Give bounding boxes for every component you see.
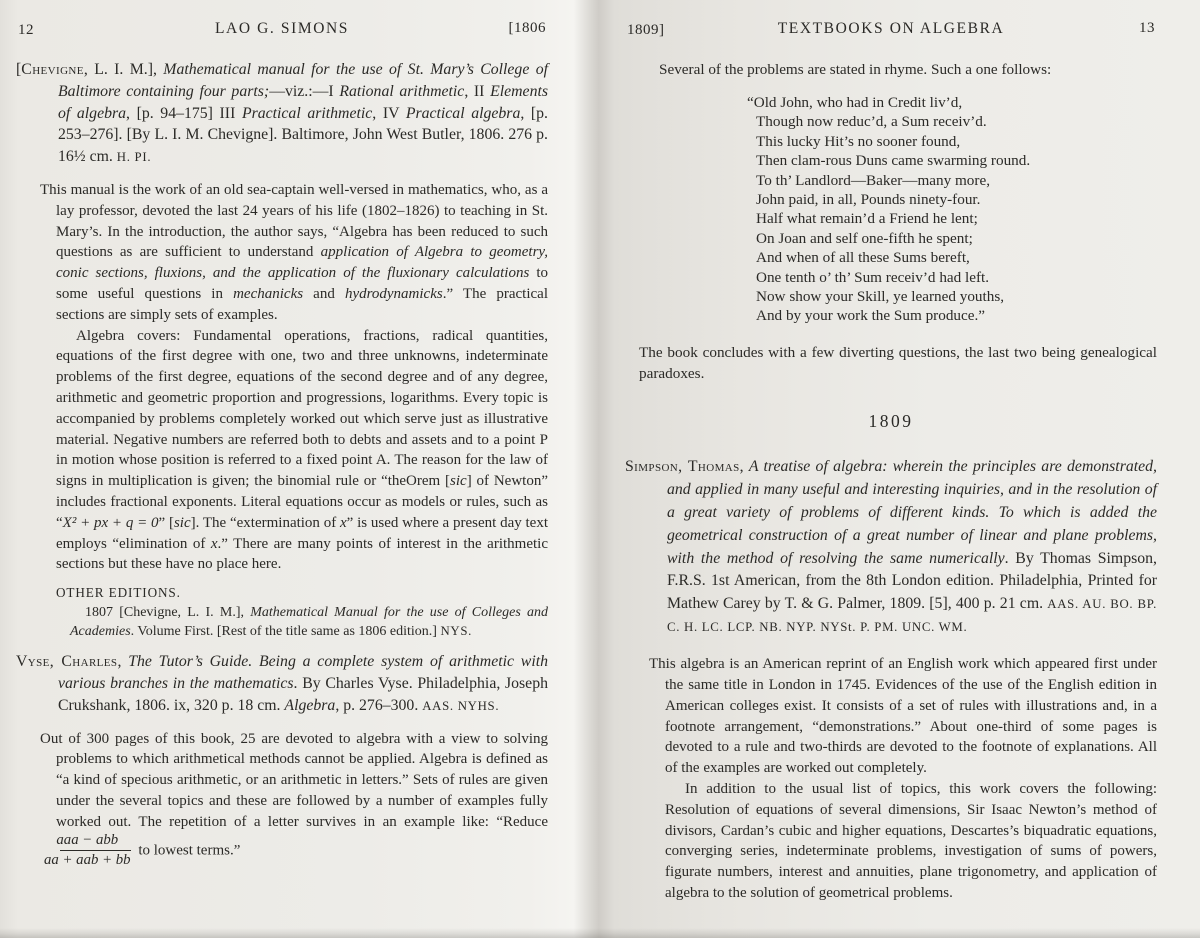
right-page-number: 13 xyxy=(1139,20,1155,37)
poem-line: This lucky Hit’s no sooner found, xyxy=(756,132,1157,151)
simpson-annotation-paragraph-1: This algebra is an American reprint of a… xyxy=(665,654,1157,779)
left-year-marker: [1806 xyxy=(509,20,547,37)
poem-line: On Joan and self one-fifth he spent; xyxy=(756,229,1157,248)
poem-line: “Old John, who had in Credit liv’d, xyxy=(747,93,1157,112)
left-page-header: 12 LAO G. SIMONS [1806 xyxy=(16,20,548,44)
simpson-annotation: This algebra is an American reprint of a… xyxy=(665,654,1157,904)
right-text-block: 1809] TEXTBOOKS ON ALGEBRA 13 Several of… xyxy=(625,20,1157,904)
poem-line: And by your work the Sum produce.” xyxy=(756,306,1157,325)
other-editions-entry: 1807 [Chevigne, L. I. M.], Mathematical … xyxy=(70,603,548,641)
poem-line: Now show your Skill, ye learned youths, xyxy=(756,287,1157,306)
poem-line: Though now reduc’d, a Sum receiv’d. xyxy=(756,112,1157,131)
simpson-entry: Simpson, Thomas, A treatise of algebra: … xyxy=(625,456,1157,639)
right-running-title: TEXTBOOKS ON ALGEBRA xyxy=(625,20,1157,38)
poem-line: John paid, in all, Pounds ninety-four. xyxy=(756,190,1157,209)
simpson-annotation-paragraph-2: In addition to the usual list of topics,… xyxy=(665,779,1157,904)
left-page: 12 LAO G. SIMONS [1806 [Chevigne, L. I. … xyxy=(0,0,585,938)
rhyme-intro-paragraph: Several of the problems are stated in rh… xyxy=(639,59,1157,80)
other-editions-heading: OTHER EDITIONS. xyxy=(56,583,548,602)
left-running-title: LAO G. SIMONS xyxy=(16,20,548,38)
right-page: 1809] TEXTBOOKS ON ALGEBRA 13 Several of… xyxy=(585,0,1200,938)
chevigne-annotation-paragraph-2: Algebra covers: Fundamental operations, … xyxy=(56,326,548,576)
chevigne-entry: [Chevigne, L. I. M.], Mathematical manua… xyxy=(16,59,548,169)
poem-line: And when of all these Sums bereft, xyxy=(756,248,1157,267)
conclusion-paragraph: The book concludes with a few diverting … xyxy=(639,342,1157,384)
other-editions-section: OTHER EDITIONS. 1807 [Chevigne, L. I. M.… xyxy=(56,583,548,641)
poem-line: One tenth o’ th’ Sum receiv’d had left. xyxy=(756,268,1157,287)
vyse-entry: Vyse, Charles, The Tutor’s Guide. Being … xyxy=(16,651,548,717)
vyse-annotation-paragraph: Out of 300 pages of this book, 25 are de… xyxy=(56,729,548,869)
right-page-header: 1809] TEXTBOOKS ON ALGEBRA 13 xyxy=(625,20,1157,44)
poem-block: “Old John, who had in Credit liv’d, Thou… xyxy=(756,93,1157,326)
poem-line: To th’ Landlord—Baker—many more, xyxy=(756,171,1157,190)
chevigne-annotation-paragraph-1: This manual is the work of an old sea-ca… xyxy=(56,180,548,326)
poem-line: Then clam-rous Duns came swarming round. xyxy=(756,151,1157,170)
poem-line: Half what remain’d a Friend he lent; xyxy=(756,209,1157,228)
left-text-block: 12 LAO G. SIMONS [1806 [Chevigne, L. I. … xyxy=(16,20,548,869)
section-year-heading: 1809 xyxy=(625,411,1157,432)
book-spread: 12 LAO G. SIMONS [1806 [Chevigne, L. I. … xyxy=(0,0,1200,938)
vyse-annotation: Out of 300 pages of this book, 25 are de… xyxy=(56,729,548,869)
chevigne-annotation: This manual is the work of an old sea-ca… xyxy=(56,180,548,575)
